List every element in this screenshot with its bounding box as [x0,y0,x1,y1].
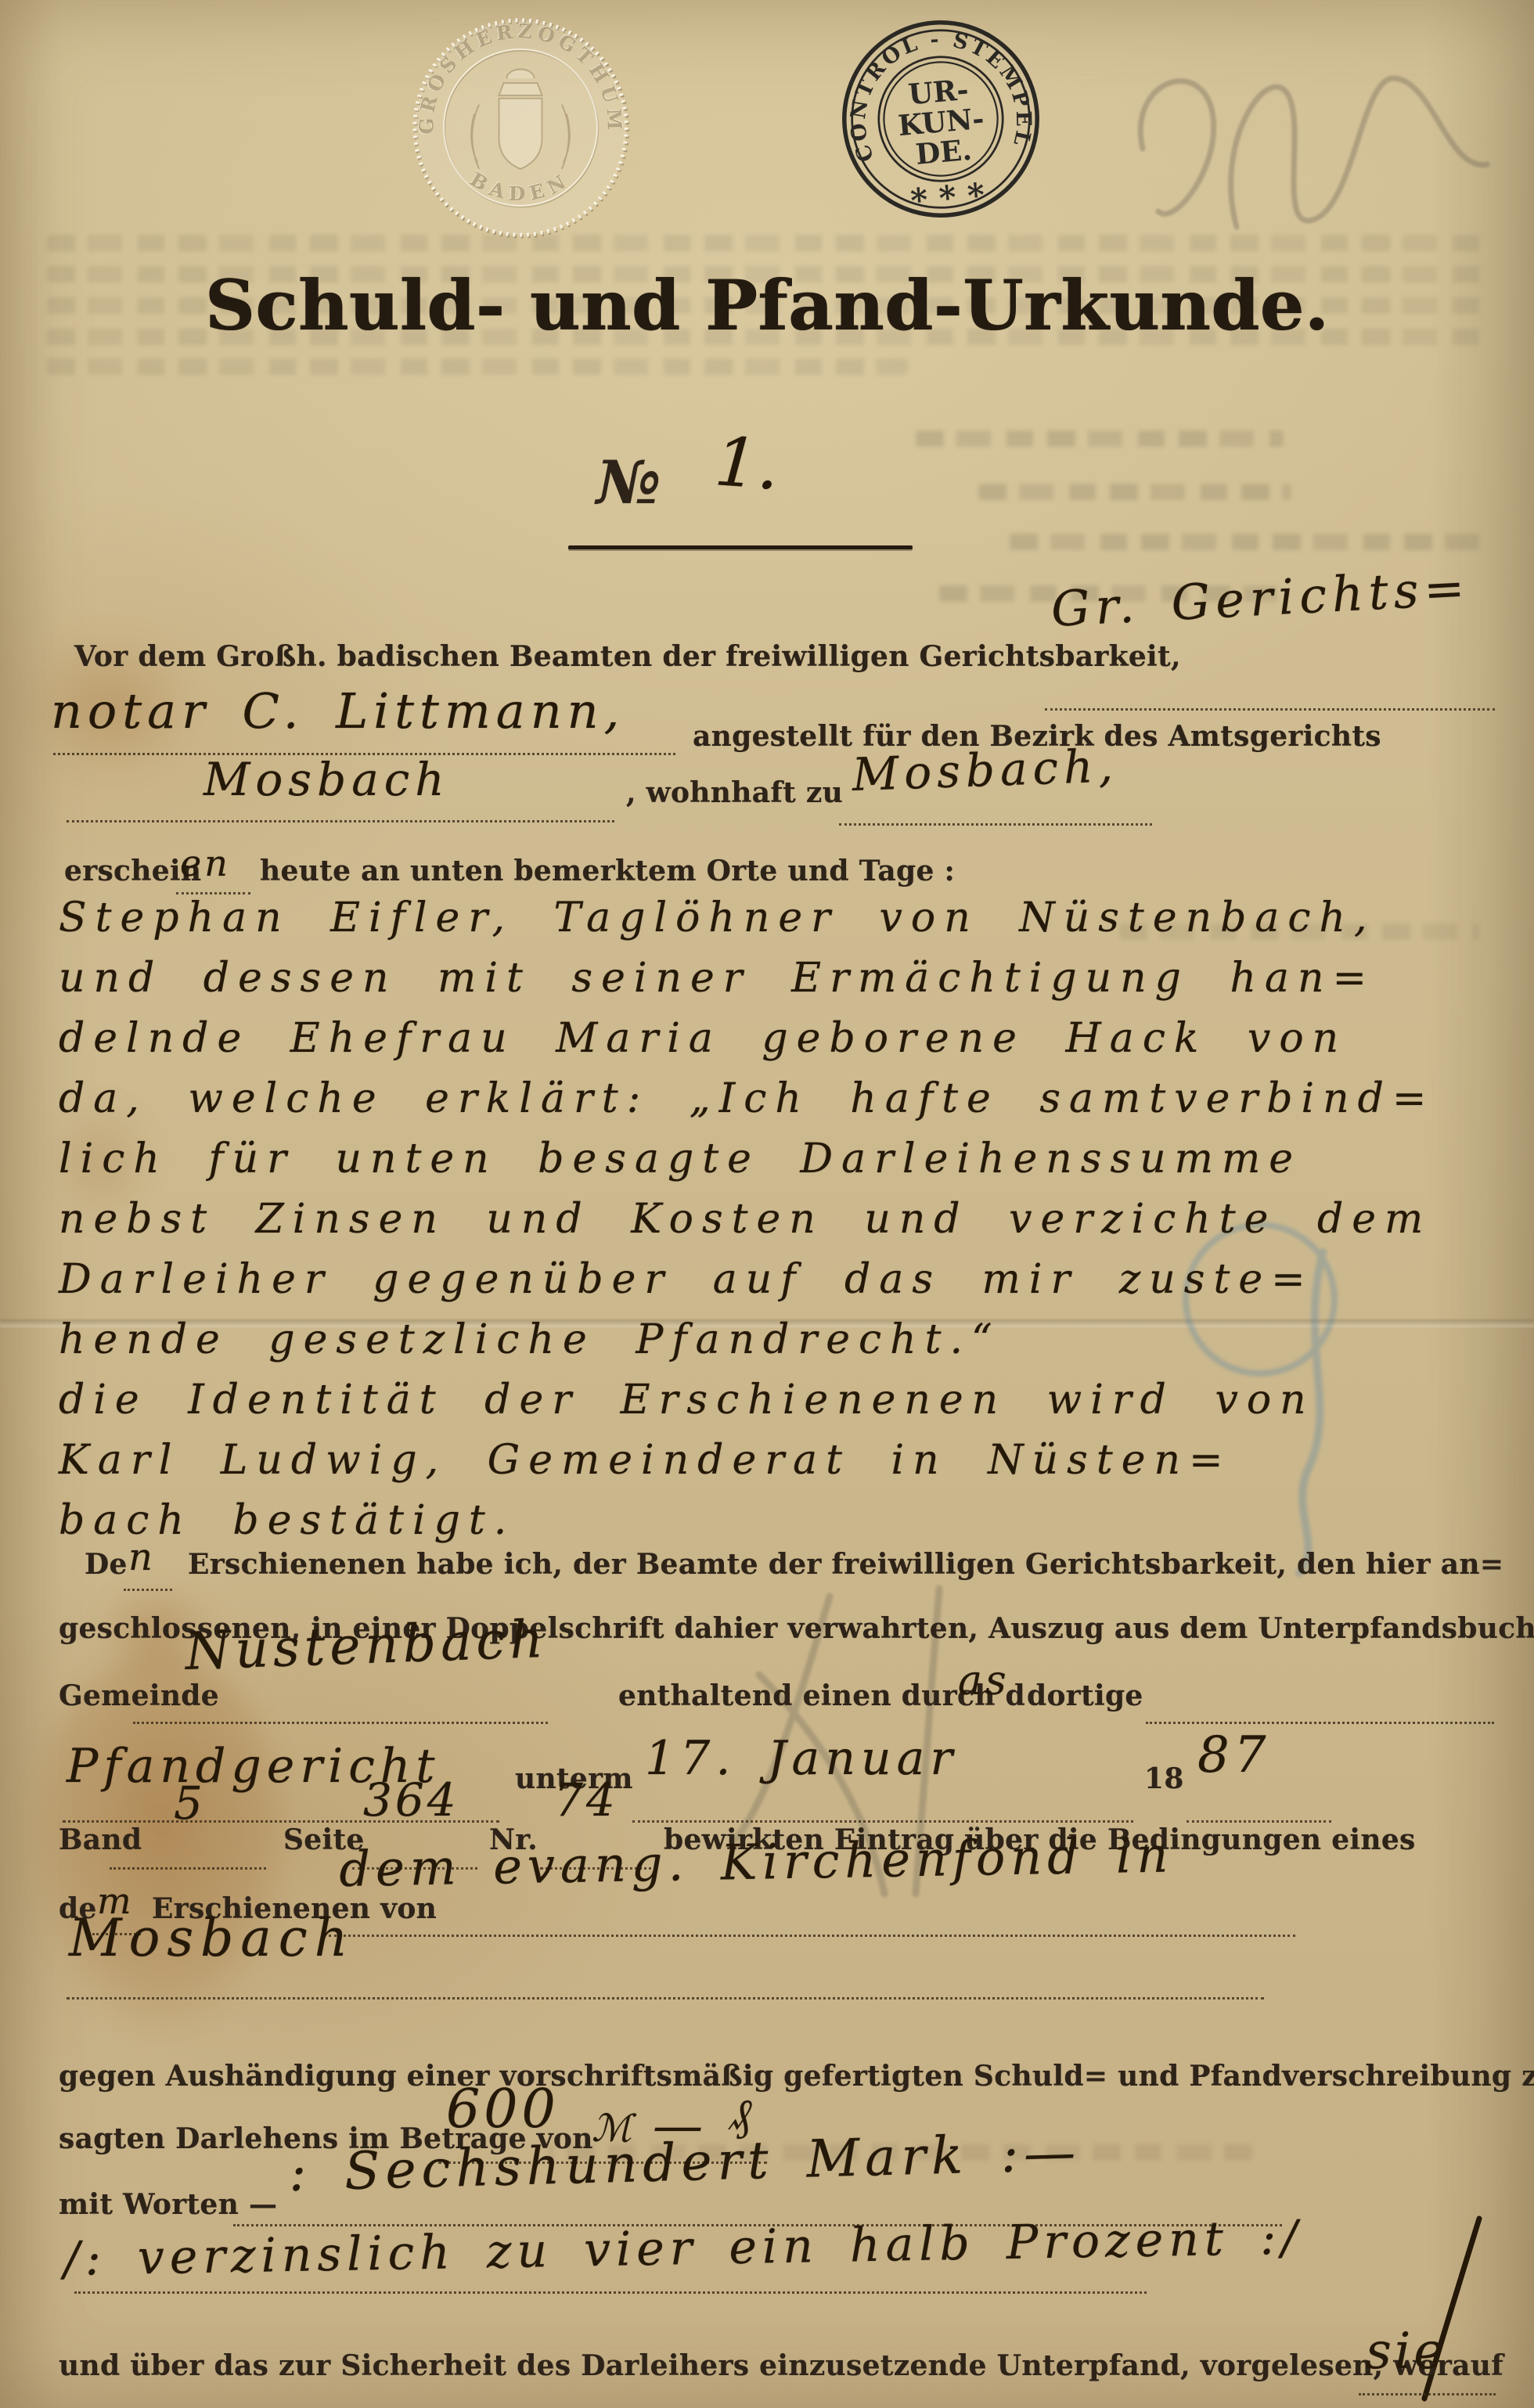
bleedthrough-line [978,484,1291,500]
declaration-line: hende gesetzliche Pfandrecht.“ [59,1316,1001,1363]
document-scan: GROSHERZOGTHUM BADEN CONTROL - STEMPEL U… [0,0,1534,2408]
intro-hand-5: en [180,842,231,884]
loan-printed-1: gegen Aushändigung einer vorschriftsmäßi… [59,2060,1534,2093]
record-printed-year-prefix: 18 [1144,1762,1184,1795]
intro-hand-2: notar C. Littmann, [51,682,625,740]
record-printed-band: Band [59,1823,142,1856]
record-hand-lender-city: Mosbach [69,1908,355,1968]
number-label: № [596,448,661,517]
intro-printed-1: Vor dem Großh. badischen Beamten der fre… [74,640,1181,673]
record-printed-3b: dortige [1027,1679,1143,1712]
fill-line [74,2291,1147,2294]
record-printed-1a: De [85,1548,128,1581]
loan-hand-final: sie [1366,2323,1446,2381]
record-hand-band: 5 [174,1776,203,1830]
fill-line [1045,708,1495,711]
fill-line [67,1997,1264,1999]
intro-hand-3: Mosbach [203,753,450,806]
bleedthrough-line [1010,534,1487,550]
record-printed-gemeinde: Gemeinde [59,1679,219,1712]
number-value-handwritten: 1. [712,423,782,505]
fill-line [839,823,1152,826]
declaration-line: lich für unten besagte Darleihenssumme [59,1136,1302,1182]
record-hand-year-suffix: 87 [1197,1726,1270,1784]
loan-hand-amount: 600 [446,2079,560,2140]
pencil-mark [1119,31,1534,266]
fill-line [124,1589,172,1591]
intro-hand-1: Gr. Gerichts= [1050,559,1471,638]
intro-printed-4b: heute an unten bemerktem Orte und Tage : [260,855,955,887]
record-hand-lender: dem evang. Kirchenfond in [339,1826,1174,1898]
bleedthrough-line [47,358,908,375]
declaration-line: Darleiher gegenüber auf das mir zuste= [59,1256,1314,1303]
loan-printed-3: mit Worten — [59,2188,277,2221]
fill-line [329,1935,1295,1937]
intro-printed-3: , wohnhaft zu [626,776,843,809]
control-stamp: CONTROL - STEMPEL UR- KUN- DE. * * * [827,7,1054,231]
record-printed-1b: Erschienenen habe ich, der Beamte der fr… [188,1548,1503,1581]
number-underline [568,545,913,549]
record-hand-date: 17. Januar [645,1731,958,1786]
fill-line [110,1867,266,1870]
record-hand-n: n [128,1535,155,1579]
embossed-seal: GROSHERZOGTHUM BADEN [403,13,638,243]
stamp-stars: * * * [909,175,987,220]
declaration-line: nebst Zinsen und Kosten und verzichte de… [59,1196,1431,1243]
fill-line [133,1722,548,1724]
fill-line [67,820,614,822]
declaration-line: und dessen mit seiner Ermächtigung han= [59,955,1375,1002]
record-hand-seite: 364 [363,1773,459,1827]
fill-line [1146,1722,1494,1724]
declaration-line: Stephan Eifler, Taglöhner von Nüstenbach… [59,894,1376,941]
record-hand-gemeinde: Nustenbach [184,1609,549,1682]
loan-printed-4: und über das zur Sicherheit des Darleihe… [59,2349,1503,2382]
fill-line [1359,2393,1496,2395]
declaration-line: die Identität der Erschienenen wird von [59,1377,1315,1424]
fill-line [1187,1820,1331,1823]
intro-hand-4: Mosbach, [852,739,1119,801]
declaration-line: bach bestätigt. [59,1497,515,1544]
bleedthrough-line [916,430,1284,447]
declaration-line: Karl Ludwig, Gemeinderat in Nüsten= [59,1437,1232,1484]
record-hand-as: as [958,1658,1010,1704]
record-hand-nr: 74 [554,1773,618,1827]
declaration-line: da, welche erklärt: „Ich hafte samtverbi… [59,1075,1435,1122]
loan-hand-interest: /: verzinslich zu vier ein halb Prozent … [63,2210,1303,2287]
document-title: Schuld- und Pfand-Urkunde. [0,265,1534,346]
declaration-line: delnde Ehefrau Maria geborene Hack von [59,1015,1347,1062]
fill-line [632,1820,1133,1823]
stamp-center-line3: DE. [914,133,973,171]
